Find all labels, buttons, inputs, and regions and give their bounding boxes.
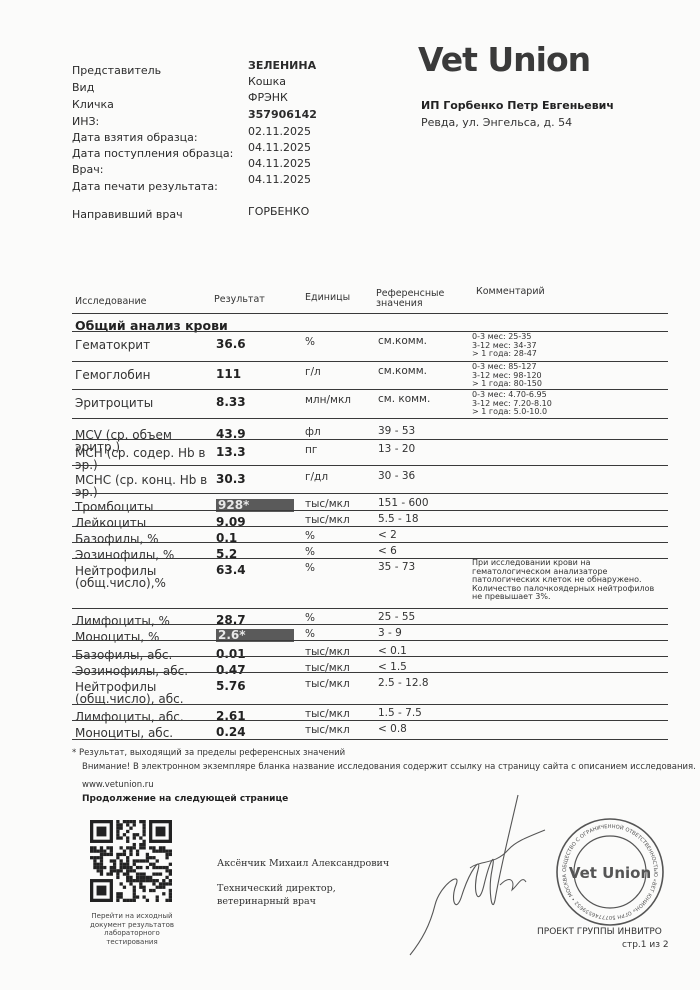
reference-range: 25 - 55: [378, 611, 415, 623]
test-name: Эритроциты: [75, 397, 215, 409]
result-unit: фл: [305, 426, 321, 438]
result-value: 63.4: [216, 563, 246, 577]
result-unit: %: [305, 612, 315, 624]
patient-field-value: ЗЕЛЕНИНА: [248, 59, 316, 72]
project-label: ПРОЕКТ ГРУППЫ ИНВИТРО: [537, 927, 662, 937]
result-comment: 0-3 мес: 85-127 3-12 мес: 98-120 > 1 год…: [472, 363, 542, 389]
result-unit: тыс/мкл: [305, 678, 350, 690]
result-value: 0.01: [216, 647, 246, 661]
vet-union-logo: Vet Union: [418, 40, 590, 79]
header-units: Единицы: [305, 292, 350, 303]
continuation-note: Продолжение на следующей странице: [82, 794, 288, 804]
reference-range: 5.5 - 18: [378, 513, 419, 525]
row-divider: [72, 493, 668, 494]
row-divider: [72, 465, 668, 466]
row-divider: [72, 439, 668, 440]
signature: [400, 790, 560, 960]
row-divider: [72, 542, 668, 543]
reference-range: 39 - 53: [378, 425, 415, 437]
row-divider: [72, 389, 668, 390]
row-divider: [72, 361, 668, 362]
reference-range: 35 - 73: [378, 561, 415, 573]
row-divider: [72, 720, 668, 721]
result-value: 0.24: [216, 725, 246, 739]
row-divider: [72, 672, 668, 673]
row-divider: [72, 510, 668, 511]
patient-field-value: 04.11.2025: [248, 141, 311, 154]
row-divider: [72, 418, 668, 419]
reference-range: 1.5 - 7.5: [378, 707, 422, 719]
result-comment: 0-3 мес: 25-35 3-12 мес: 34-37 > 1 года:…: [472, 333, 537, 359]
patient-field-value: Кошка: [248, 75, 286, 88]
patient-field-label: Дата поступления образца:: [72, 147, 233, 160]
qr-code[interactable]: [90, 820, 172, 902]
signer-title: Технический директор,: [217, 883, 336, 894]
patient-field-label: Врач:: [72, 163, 103, 176]
result-unit: пг: [305, 444, 317, 456]
row-divider: [72, 640, 668, 641]
header-result: Результат: [214, 294, 265, 305]
patient-field-label: Представитель: [72, 64, 161, 77]
patient-field-label: Вид: [72, 81, 94, 94]
reference-range: 3 - 9: [378, 627, 402, 639]
attention-note: Внимание! В электронном экземпляре бланк…: [82, 762, 696, 772]
row-divider: [72, 624, 668, 625]
asterisk-note: * Результат, выходящий за пределы рефере…: [72, 748, 345, 758]
patient-field-value: 04.11.2025: [248, 157, 311, 170]
test-name: Гематокрит: [75, 339, 215, 351]
patient-field-label: Дата печати результата:: [72, 180, 218, 193]
result-unit: тыс/мкл: [305, 514, 350, 526]
result-value: 8.33: [216, 395, 246, 409]
test-name: Моноциты, абс.: [75, 727, 215, 739]
referring-doctor-value: ГОРБЕНКО: [248, 205, 309, 218]
test-name: MCH (ср. содер. Hb в эр.): [75, 447, 215, 471]
reference-range: < 2: [378, 529, 397, 541]
row-divider: [72, 704, 668, 705]
result-comment: 0-3 мес: 4.70-6.95 3-12 мес: 7.20-8.10 >…: [472, 391, 552, 417]
patient-field-label: Дата взятия образца:: [72, 131, 198, 144]
svg-text:Vet Union: Vet Union: [569, 864, 651, 882]
patient-field-value: 04.11.2025: [248, 173, 311, 186]
website-link[interactable]: www.vetunion.ru: [82, 780, 154, 790]
result-unit: млн/мкл: [305, 394, 351, 406]
reference-range: 30 - 36: [378, 470, 415, 482]
patient-field-value: 357906142: [248, 108, 317, 121]
row-divider: [72, 739, 668, 740]
result-unit: %: [305, 628, 315, 640]
test-name: Базофилы, абс.: [75, 649, 215, 661]
clinic-name: ИП Горбенко Петр Евгеньевич: [421, 99, 614, 112]
result-value: 0.47: [216, 663, 246, 677]
patient-field-value: 02.11.2025: [248, 125, 311, 138]
company-stamp: ОБЩЕСТВО С ОГРАНИЧЕННОЙ ОТВЕТСТВЕННОСТЬЮ…: [554, 816, 666, 928]
result-value: 13.3: [216, 445, 246, 459]
row-divider: [72, 526, 668, 527]
row-divider: [72, 656, 668, 657]
test-name: Нейтрофилы (общ.число),%: [75, 565, 215, 589]
signer-name: Аксёнчик Михаил Александрович: [217, 858, 389, 869]
patient-field-label: ИНЗ:: [72, 115, 99, 128]
result-unit: %: [305, 530, 315, 542]
section-divider: [72, 331, 668, 332]
result-unit: %: [305, 562, 315, 574]
test-name: MCHC (ср. конц. Hb в эр.): [75, 474, 215, 498]
patient-field-label: Кличка: [72, 98, 114, 111]
result-comment: При исследовании крови на гематологическ…: [472, 559, 654, 602]
result-unit: %: [305, 546, 315, 558]
header-test: Исследование: [75, 296, 147, 307]
test-name: Эозинофилы, абс.: [75, 665, 215, 677]
reference-range: см. комм.: [378, 393, 430, 405]
reference-range: < 0.8: [378, 723, 407, 735]
result-unit: г/л: [305, 366, 321, 378]
reference-range: 2.5 - 12.8: [378, 677, 429, 689]
result-unit: %: [305, 336, 315, 348]
reference-range: 13 - 20: [378, 443, 415, 455]
row-divider: [72, 608, 668, 609]
referring-doctor-label: Направивший врач: [72, 208, 183, 221]
reference-range: см.комм.: [378, 365, 427, 377]
result-unit: тыс/мкл: [305, 724, 350, 736]
header-reference: Референсные значения: [376, 289, 444, 309]
header-divider: [72, 313, 668, 314]
header-comment: Комментарий: [476, 286, 545, 297]
result-unit: тыс/мкл: [305, 498, 350, 510]
result-value: 111: [216, 367, 241, 381]
result-value: 30.3: [216, 472, 246, 486]
page-number: стр.1 из 2: [622, 940, 669, 950]
test-name: Нейтрофилы (общ.число), абс.: [75, 681, 215, 705]
qr-caption: Перейти на исходный документ результатов…: [82, 912, 182, 946]
clinic-address: Ревда, ул. Энгельса, д. 54: [421, 116, 572, 129]
result-value: 5.76: [216, 679, 246, 693]
result-value: 36.6: [216, 337, 246, 351]
reference-range: < 6: [378, 545, 397, 557]
test-name: Гемоглобин: [75, 369, 215, 381]
reference-range: см.комм.: [378, 335, 427, 347]
result-unit: тыс/мкл: [305, 708, 350, 720]
reference-range: 151 - 600: [378, 497, 429, 509]
signer-title-2: ветеринарный врач: [217, 896, 316, 907]
patient-field-value: ФРЭНК: [248, 91, 288, 104]
result-unit: г/дл: [305, 471, 328, 483]
